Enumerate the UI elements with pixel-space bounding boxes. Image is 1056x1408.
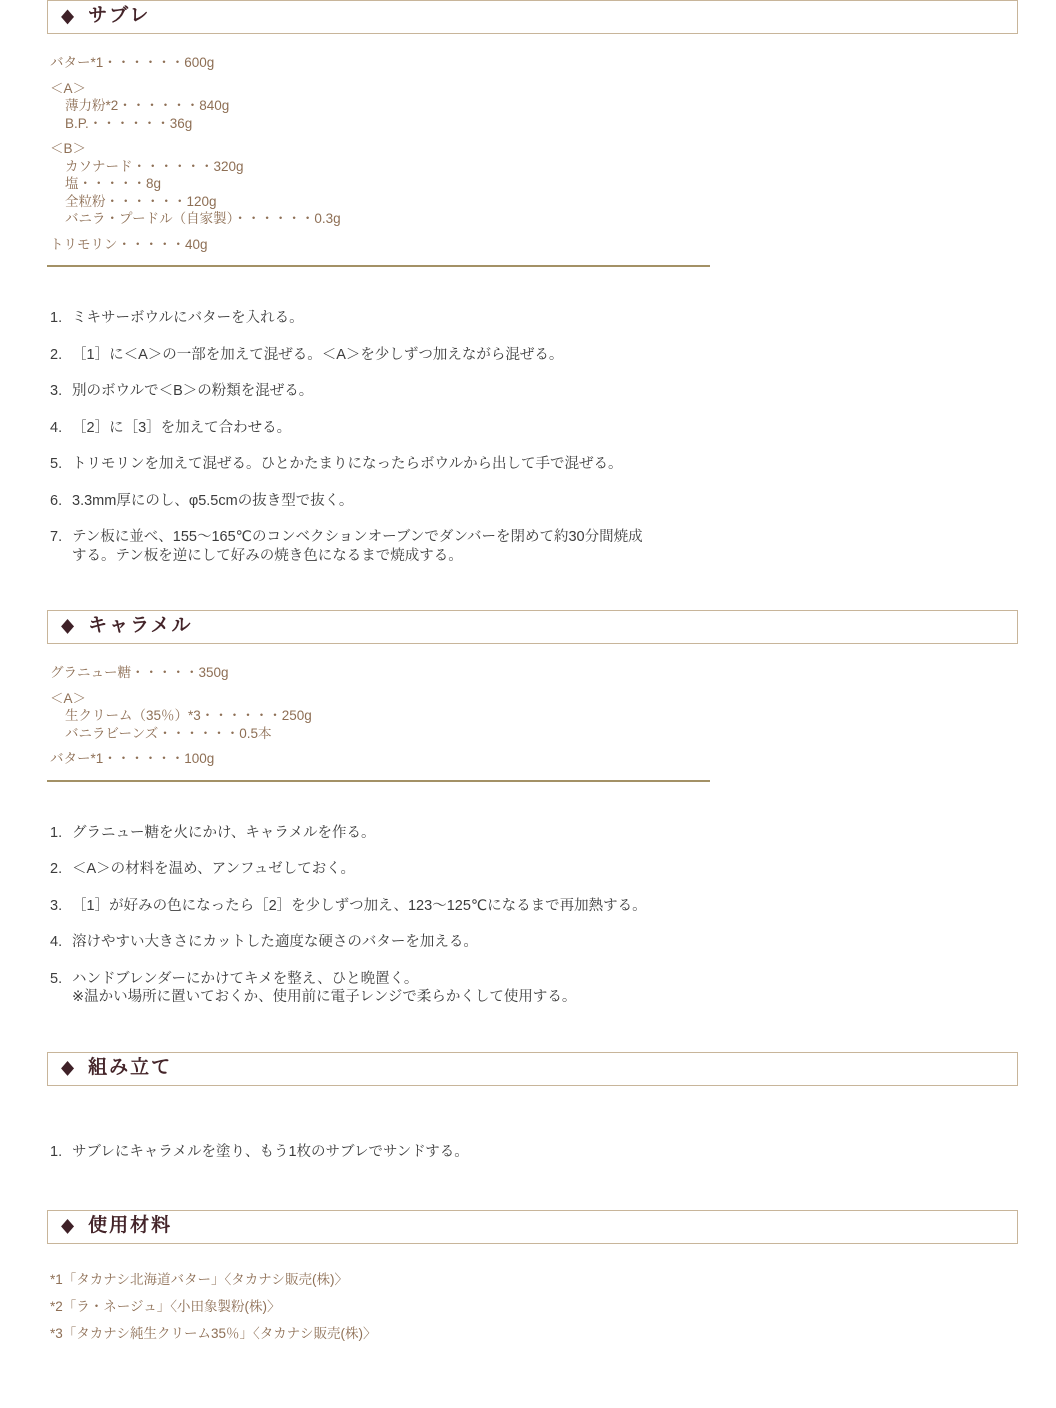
instruction-text: 溶けやすい大きさにカットした適度な硬さのバターを加える。 [72,933,650,952]
ingredient-group: バター*1・・・・・・600g [50,54,1018,72]
instruction-text: ミキサーボウルにバターを入れる。 [72,309,650,328]
instruction-step: グラニュー糖を火にかけ、キャラメルを作る。 [50,824,650,843]
instruction-step: サブレにキャラメルを塗り、もう1枚のサブレでサンドする。 [50,1143,650,1162]
ingredient-group: グラニュー糖・・・・・350g [50,664,1018,682]
ingredient-item: トリモリン・・・・・40g [50,236,1018,254]
instruction-text: ハンドブレンダーにかけてキメを整え、ひと晩置く。 [72,970,650,989]
instruction-text: ［2］に［3］を加えて合わせる。 [72,419,650,438]
instruction-step: ［1］に＜A＞の一部を加えて混ぜる。＜A＞を少しずつ加えながら混ぜる。 [50,346,650,365]
ingredient-divider [47,265,710,267]
material-item: *3「タカナシ純生クリーム35％」〈タカナシ販売(株)〉 [50,1320,1018,1347]
instruction-step: トリモリンを加えて混ぜる。ひとかたまりになったらボウルから出して手で混ぜる。 [50,455,650,474]
ingredient-group-label: ＜A＞ [50,690,1018,708]
diamond-icon: ◆ [61,1055,76,1080]
instruction-text: テン板に並べ、155～165℃のコンベクションオーブンでダンバーを閉めて約30分… [72,528,650,565]
instruction-step: 溶けやすい大きさにカットした適度な硬さのバターを加える。 [50,933,650,952]
section-title-assembly: 組み立て [88,1057,172,1078]
instruction-text: ＜A＞の材料を温め、アンフュゼしておく。 [72,860,650,879]
diamond-icon: ◆ [61,613,76,638]
instruction-list: サブレにキャラメルを塗り、もう1枚のサブレでサンドする。 [50,1143,650,1162]
instruction-text: 別のボウルで＜B＞の粉類を混ぜる。 [72,382,650,401]
section-assembly: ◆組み立てサブレにキャラメルを塗り、もう1枚のサブレでサンドする。 [47,1052,1018,1162]
instruction-text: ［1］に＜A＞の一部を加えて混ぜる。＜A＞を少しずつ加えながら混ぜる。 [72,346,650,365]
section-header-assembly: ◆組み立て [47,1052,1018,1086]
instruction-text: サブレにキャラメルを塗り、もう1枚のサブレでサンドする。 [72,1143,650,1162]
ingredient-list: グラニュー糖・・・・・350g＜A＞生クリーム（35％）*3・・・・・・250g… [50,664,1018,768]
ingredient-divider [47,780,710,782]
section-title-sable: サブレ [88,5,150,26]
instruction-list: ミキサーボウルにバターを入れる。［1］に＜A＞の一部を加えて混ぜる。＜A＞を少し… [50,309,650,565]
section-header-caramel: ◆キャラメル [47,610,1018,644]
ingredient-list: バター*1・・・・・・600g＜A＞薄力粉*2・・・・・・840gB.P.・・・… [50,54,1018,253]
instruction-text: ［1］が好みの色になったら［2］を少しずつ加え、123～125℃になるまで再加熱… [72,897,650,916]
ingredient-item: バニラビーンズ・・・・・・0.5本 [50,725,1018,743]
ingredient-group: ＜A＞生クリーム（35％）*3・・・・・・250gバニラビーンズ・・・・・・0.… [50,690,1018,743]
diamond-icon: ◆ [61,3,76,28]
material-item: *1「タカナシ北海道バター」〈タカナシ販売(株)〉 [50,1266,1018,1293]
ingredient-item: 薄力粉*2・・・・・・840g [50,97,1018,115]
instruction-text: トリモリンを加えて混ぜる。ひとかたまりになったらボウルから出して手で混ぜる。 [72,455,650,474]
instruction-text: 3.3mm厚にのし、φ5.5cmの抜き型で抜く。 [72,492,650,511]
ingredient-group: トリモリン・・・・・40g [50,236,1018,254]
ingredient-group: ＜A＞薄力粉*2・・・・・・840gB.P.・・・・・・36g [50,80,1018,133]
section-materials: ◆使用材料*1「タカナシ北海道バター」〈タカナシ販売(株)〉*2「ラ・ネージュ」… [47,1210,1018,1347]
instruction-step: ミキサーボウルにバターを入れる。 [50,309,650,328]
diamond-icon: ◆ [61,1213,76,1238]
instruction-step: テン板に並べ、155～165℃のコンベクションオーブンでダンバーを閉めて約30分… [50,528,650,565]
recipe-document: ◆サブレバター*1・・・・・・600g＜A＞薄力粉*2・・・・・・840gB.P… [0,0,1056,1387]
material-item: *2「ラ・ネージュ」〈小田象製粉(株)〉 [50,1293,1018,1320]
ingredient-group: バター*1・・・・・・100g [50,750,1018,768]
ingredient-group-label: ＜B＞ [50,140,1018,158]
ingredient-item: 生クリーム（35％）*3・・・・・・250g [50,707,1018,725]
instruction-note: ※温かい場所に置いておくか、使用前に電子レンジで柔らかくして使用する。 [72,988,650,1007]
ingredient-item: B.P.・・・・・・36g [50,115,1018,133]
section-caramel: ◆キャラメルグラニュー糖・・・・・350g＜A＞生クリーム（35％）*3・・・・… [47,610,1018,1007]
ingredient-item: カソナード・・・・・・320g [50,158,1018,176]
instruction-step: ［1］が好みの色になったら［2］を少しずつ加え、123～125℃になるまで再加熱… [50,897,650,916]
instruction-step: ［2］に［3］を加えて合わせる。 [50,419,650,438]
ingredient-group: ＜B＞カソナード・・・・・・320g塩・・・・・8g全粒粉・・・・・・120gバ… [50,140,1018,228]
ingredient-item: グラニュー糖・・・・・350g [50,664,1018,682]
ingredient-item: バター*1・・・・・・600g [50,54,1018,72]
ingredient-item: 塩・・・・・8g [50,175,1018,193]
materials-list: *1「タカナシ北海道バター」〈タカナシ販売(株)〉*2「ラ・ネージュ」〈小田象製… [50,1266,1018,1347]
ingredient-group-label: ＜A＞ [50,80,1018,98]
section-title-caramel: キャラメル [88,615,192,636]
section-title-materials: 使用材料 [88,1215,172,1236]
ingredient-item: バニラ・プードル（自家製）・・・・・・0.3g [50,210,1018,228]
section-sable: ◆サブレバター*1・・・・・・600g＜A＞薄力粉*2・・・・・・840gB.P… [47,0,1018,565]
instruction-text: グラニュー糖を火にかけ、キャラメルを作る。 [72,824,650,843]
instruction-step: 別のボウルで＜B＞の粉類を混ぜる。 [50,382,650,401]
instruction-step: ハンドブレンダーにかけてキメを整え、ひと晩置く。※温かい場所に置いておくか、使用… [50,970,650,1007]
ingredient-item: 全粒粉・・・・・・120g [50,193,1018,211]
instruction-step: ＜A＞の材料を温め、アンフュゼしておく。 [50,860,650,879]
instruction-step: 3.3mm厚にのし、φ5.5cmの抜き型で抜く。 [50,492,650,511]
instruction-list: グラニュー糖を火にかけ、キャラメルを作る。＜A＞の材料を温め、アンフュゼしておく… [50,824,650,1007]
ingredient-item: バター*1・・・・・・100g [50,750,1018,768]
section-header-materials: ◆使用材料 [47,1210,1018,1244]
section-header-sable: ◆サブレ [47,0,1018,34]
